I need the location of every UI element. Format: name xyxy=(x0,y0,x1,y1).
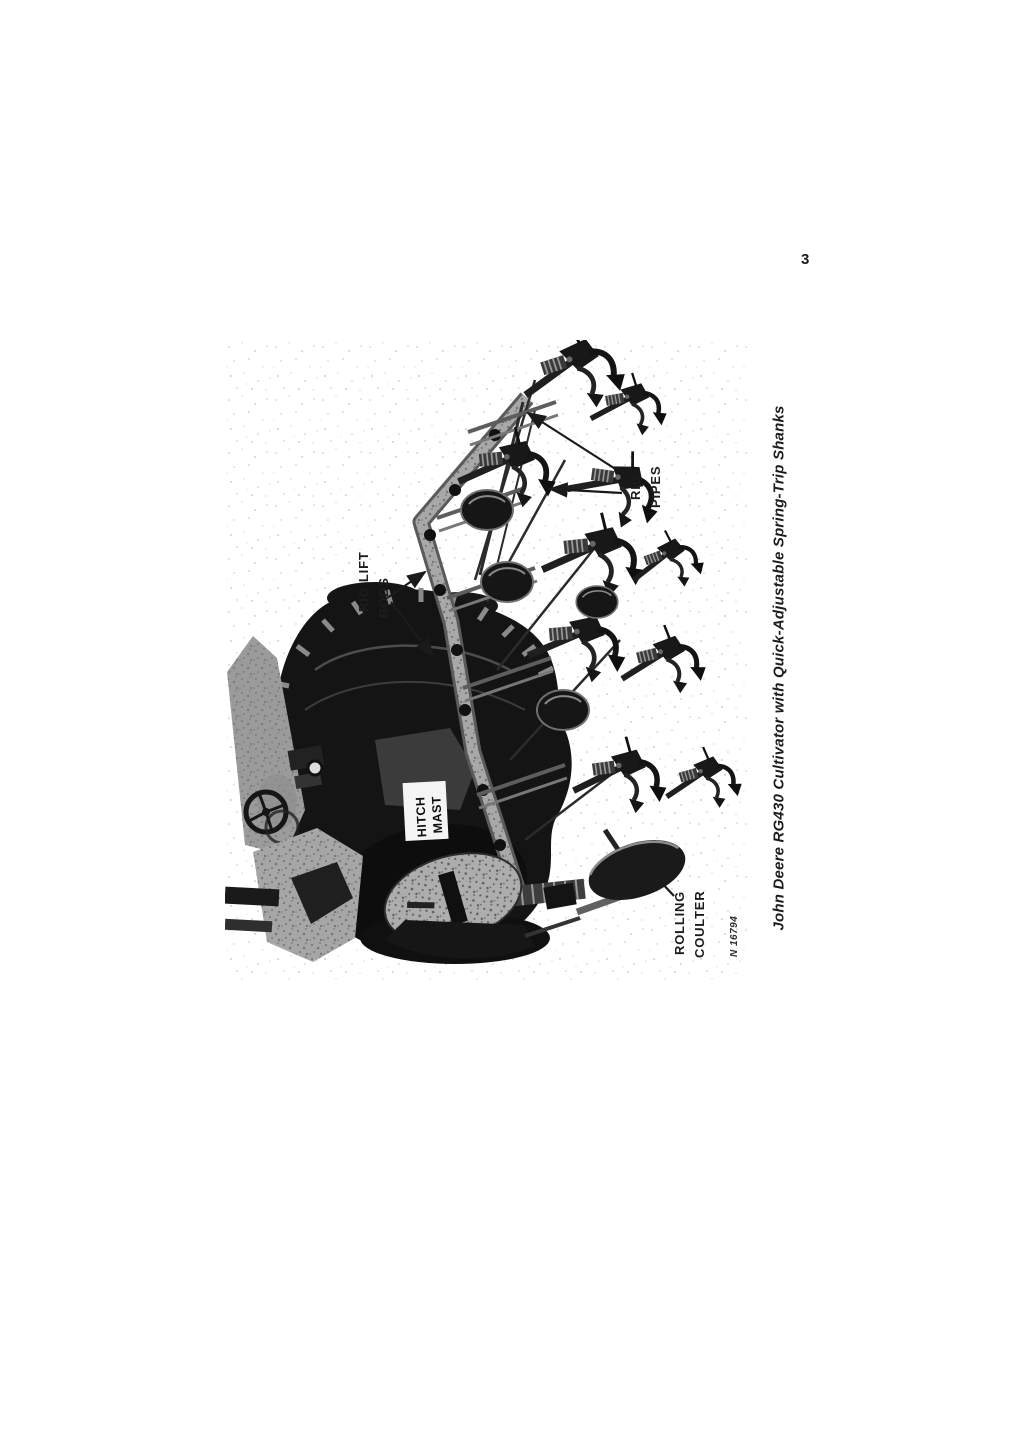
gauge xyxy=(308,761,322,775)
label-rolling-coulter-line1: ROLLING xyxy=(672,891,687,955)
hitch-mast-label: HITCH MAST xyxy=(403,781,449,841)
page-number: 3 xyxy=(801,251,809,268)
photo-id: N 16794 xyxy=(729,916,740,957)
figure-caption: John Deere RG430 Cultivator with Quick-A… xyxy=(771,405,788,930)
label-rig-pipes-line1: RIG xyxy=(628,474,643,500)
label-rig-lift-rods-line2: RODS xyxy=(376,577,391,618)
label-rig-pipes-line2: PIPES xyxy=(648,466,663,508)
label-rolling-coulter-line2: COULTER xyxy=(692,891,707,958)
label-hitch-mast-line2: MAST xyxy=(429,796,445,834)
label-hitch-mast-line1: HITCH xyxy=(413,796,429,837)
label-rig-lift-rods-line1: RIG LIFT xyxy=(356,551,371,612)
figure-photo: RIG PIPES RIG LIFT RODS HITCH MAST ROLLI… xyxy=(225,340,747,980)
cultivator-photo-illustration: RIG PIPES RIG LIFT RODS HITCH MAST ROLLI… xyxy=(225,340,747,980)
